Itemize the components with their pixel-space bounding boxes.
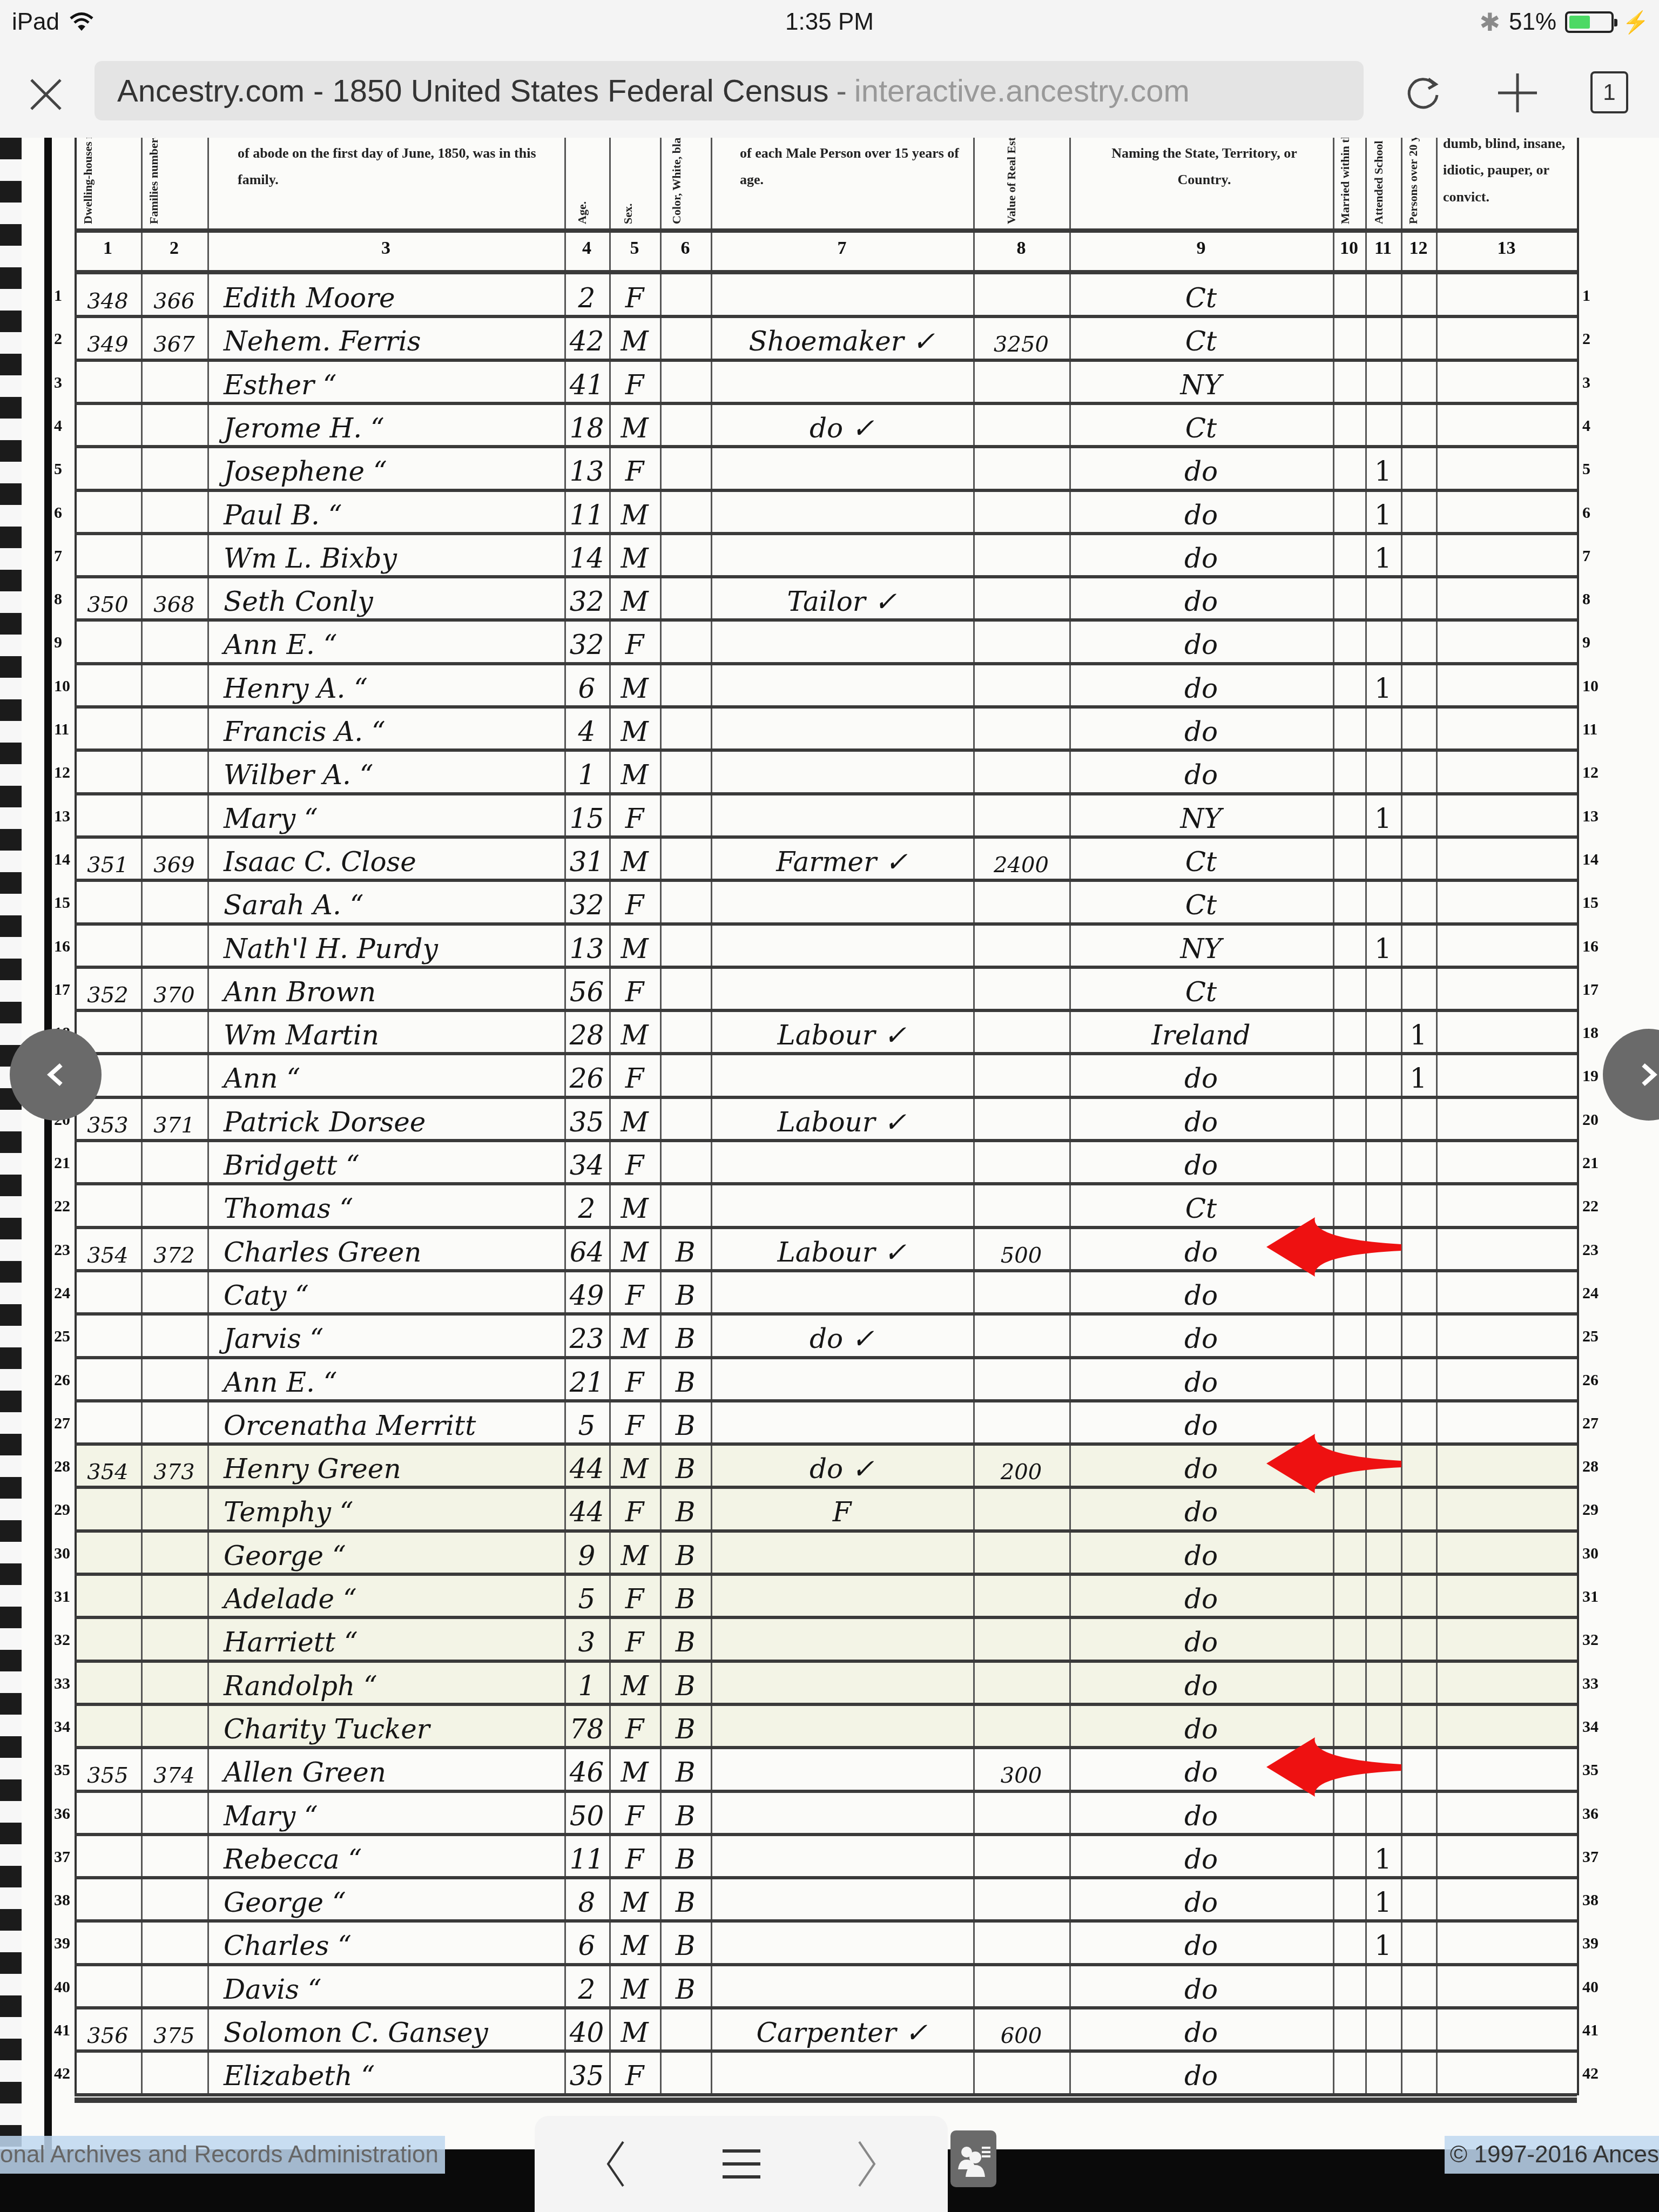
column-number: 7 [711, 238, 973, 259]
cell-occupation: do ✓ [711, 413, 973, 444]
line-number-right: 17 [1582, 981, 1599, 999]
red-arrow-annotation [1266, 1434, 1401, 1493]
cell-name: Nath'l H. Purdy [224, 933, 564, 965]
cell-age: 11 [564, 500, 609, 531]
chevron-left-icon [39, 1058, 72, 1091]
cell-age: 14 [564, 543, 609, 574]
cell-name: Temphy “ [224, 1496, 564, 1528]
cell-sex: F [609, 1410, 660, 1441]
cell-birthplace: do [1069, 1150, 1333, 1181]
cell-school: 1 [1365, 1844, 1401, 1875]
chevron-right-icon [1633, 1058, 1659, 1091]
cell-dwelling: 348 [75, 289, 141, 314]
line-number-right: 40 [1582, 1978, 1599, 1997]
line-number-right: 41 [1582, 2021, 1599, 2040]
cell-school: 1 [1365, 1887, 1401, 1918]
line-number-left: 36 [54, 1805, 70, 1823]
cell-age: 35 [564, 1107, 609, 1138]
menu-button[interactable] [720, 2137, 763, 2191]
header-col1: Dwelling-houses numbered in the order of… [81, 138, 135, 224]
cell-birthplace: do [1069, 1800, 1333, 1832]
cell-name: Randolph “ [224, 1670, 564, 1702]
cell-sex: F [609, 1714, 660, 1745]
cell-name: Adelade “ [224, 1583, 564, 1615]
line-number-right: 3 [1582, 374, 1590, 392]
page-title: Ancestry.com - 1850 United States Federa… [117, 73, 828, 109]
line-number-right: 4 [1582, 417, 1590, 435]
column-number: 3 [207, 238, 564, 259]
cell-value: 3250 [973, 332, 1069, 357]
cell-occupation: Farmer ✓ [711, 846, 973, 878]
cell-age: 5 [564, 1410, 609, 1441]
cell-school: 1 [1365, 673, 1401, 704]
title-separator: - [828, 73, 854, 109]
line-number-left: 2 [54, 330, 62, 348]
row-rule [75, 2098, 1577, 2103]
line-number-right: 24 [1582, 1284, 1599, 1303]
cell-birthplace: do [1069, 1670, 1333, 1702]
next-record-button[interactable] [845, 2137, 888, 2191]
census-row[interactable]: 1515Sarah A. “32FCt [0, 881, 1659, 924]
census-row[interactable]: 2323354372Charles Green64MBLabour ✓500do [0, 1228, 1659, 1271]
cell-birthplace: do [1069, 1583, 1333, 1615]
cell-color: B [660, 1367, 711, 1398]
header-col4: Age. [575, 170, 597, 224]
cell-birthplace: do [1069, 716, 1333, 747]
cell-dwelling: 350 [75, 592, 141, 617]
cell-sex: F [609, 2060, 660, 2092]
line-number-right: 38 [1582, 1891, 1599, 1910]
cell-name: Ann E. “ [224, 1367, 564, 1398]
column-number: 9 [1069, 238, 1333, 259]
address-bar[interactable]: Ancestry.com - 1850 United States Federa… [95, 61, 1364, 120]
red-arrow-annotation [1266, 1737, 1401, 1797]
cell-age: 5 [564, 1583, 609, 1615]
census-row[interactable]: 3232Harriett “3FBdo [0, 1618, 1659, 1661]
cell-family: 369 [141, 853, 207, 878]
cell-birthplace: NY [1069, 369, 1333, 401]
cell-value: 200 [973, 1460, 1069, 1485]
header-col3: of abode on the first day of June, 1850,… [238, 140, 551, 193]
tabs-button[interactable]: 1 [1590, 71, 1628, 113]
cell-birthplace: do [1069, 1280, 1333, 1311]
cell-dwelling: 355 [75, 1763, 141, 1788]
header-col7: of each Male Person over 15 years of age… [740, 140, 967, 193]
cell-age: 35 [564, 2060, 609, 2092]
line-number-left: 9 [54, 633, 62, 652]
cell-age: 42 [564, 326, 609, 357]
cell-birthplace: Ct [1069, 889, 1333, 921]
census-row[interactable]: 77Wm L. Bixby14Mdo1 [0, 534, 1659, 577]
cell-age: 49 [564, 1280, 609, 1311]
cell-name: Rebecca “ [224, 1844, 564, 1875]
census-row[interactable]: 3131Adelade “5FBdo [0, 1575, 1659, 1618]
cell-sex: M [609, 2017, 660, 2048]
line-number-right: 23 [1582, 1241, 1599, 1259]
census-row[interactable]: 44Jerome H. “18Mdo ✓Ct [0, 404, 1659, 447]
cell-sex: M [609, 1323, 660, 1354]
cell-age: 40 [564, 2017, 609, 2048]
census-row[interactable]: 99Ann E. “32Fdo [0, 621, 1659, 664]
cell-color: B [660, 1540, 711, 1572]
cell-birthplace: Ct [1069, 846, 1333, 878]
cell-col12: 1 [1401, 1020, 1436, 1051]
previous-image-button[interactable] [10, 1029, 102, 1121]
cell-name: Henry A. “ [224, 673, 564, 704]
cell-name: Isaac C. Close [224, 846, 564, 878]
cell-col12: 1 [1401, 1063, 1436, 1094]
cell-name: Allen Green [224, 1757, 564, 1788]
column-number: 1 [75, 238, 141, 259]
cell-name: Elizabeth “ [224, 2060, 564, 2092]
cell-age: 1 [564, 1670, 609, 1702]
census-row[interactable]: 1818Wm Martin28MLabour ✓Ireland1 [0, 1011, 1659, 1054]
cell-color: B [660, 1237, 711, 1268]
line-number-right: 32 [1582, 1631, 1599, 1649]
nara-credit: onal Archives and Records Administration [0, 2136, 445, 2174]
cell-name: Nehem. Ferris [224, 326, 564, 357]
line-number-left: 5 [54, 460, 62, 478]
cell-age: 18 [564, 413, 609, 444]
page-domain: interactive.ancestry.com [854, 73, 1190, 109]
cell-name: Seth Conly [224, 586, 564, 617]
cell-birthplace: do [1069, 1323, 1333, 1354]
cell-birthplace: do [1069, 629, 1333, 660]
cell-sex: F [609, 1367, 660, 1398]
cell-birthplace: Ct [1069, 326, 1333, 357]
cell-name: Orcenatha Merritt [224, 1410, 564, 1441]
census-row[interactable]: 1919Ann “26Fdo1 [0, 1054, 1659, 1097]
line-number-left: 4 [54, 417, 62, 435]
cell-birthplace: Ct [1069, 976, 1333, 1008]
cell-name: Thomas “ [224, 1193, 564, 1224]
census-row[interactable]: 88350368Seth Conly32MTailor ✓do [0, 577, 1659, 621]
census-row[interactable]: 11348366Edith Moore2FCt [0, 274, 1659, 317]
cell-age: 31 [564, 846, 609, 878]
cell-color: B [660, 1496, 711, 1528]
line-number-left: 7 [54, 547, 62, 565]
line-number-right: 19 [1582, 1067, 1599, 1085]
line-number-right: 28 [1582, 1458, 1599, 1476]
cell-age: 8 [564, 1887, 609, 1918]
cell-name: Bridgett “ [224, 1150, 564, 1181]
header-col13: dumb, blind, insane, idiotic, pauper, or… [1443, 138, 1573, 210]
cell-color: B [660, 1453, 711, 1485]
census-row[interactable]: 2626Ann E. “21FBdo [0, 1358, 1659, 1401]
census-row[interactable]: 2222Thomas “2MCt [0, 1184, 1659, 1228]
cell-birthplace: do [1069, 1974, 1333, 2005]
line-number-right: 9 [1582, 633, 1590, 652]
census-row[interactable]: 3535355374Allen Green46MB300do [0, 1748, 1659, 1791]
line-number-right: 14 [1582, 851, 1599, 869]
line-number-left: 15 [54, 894, 70, 912]
cell-age: 32 [564, 586, 609, 617]
line-number-left: 6 [54, 504, 62, 522]
line-number-right: 18 [1582, 1024, 1599, 1042]
census-row[interactable]: 3030George “9MBdo [0, 1532, 1659, 1575]
header-col11: Attended School within the year. [1372, 138, 1395, 224]
cell-age: 2 [564, 1193, 609, 1224]
line-number-right: 35 [1582, 1761, 1599, 1779]
header-col6: Color, White, black, or mulatto. [670, 138, 702, 224]
cell-age: 46 [564, 1757, 609, 1788]
header-col10: Married within the year. [1338, 138, 1360, 224]
people-list-button[interactable] [950, 2130, 996, 2187]
cell-name: George “ [224, 1887, 564, 1918]
census-row[interactable]: 1111Francis A. “4Mdo [0, 707, 1659, 751]
cell-birthplace: do [1069, 456, 1333, 487]
cell-birthplace: do [1069, 500, 1333, 531]
cell-dwelling: 354 [75, 1460, 141, 1485]
cell-sex: M [609, 1237, 660, 1268]
line-number-left: 26 [54, 1371, 70, 1390]
chevron-left-icon [605, 2140, 626, 2188]
cell-sex: M [609, 326, 660, 357]
census-row[interactable]: 22349367Nehem. Ferris42MShoemaker ✓3250C… [0, 317, 1659, 360]
cell-sex: F [609, 803, 660, 834]
cell-birthplace: do [1069, 1627, 1333, 1658]
cell-age: 6 [564, 1930, 609, 1961]
cell-sex: F [609, 1496, 660, 1528]
cell-sex: M [609, 586, 660, 617]
line-number-left: 24 [54, 1284, 70, 1303]
line-number-left: 40 [54, 1978, 70, 1997]
viewer-toolbar [535, 2116, 948, 2212]
column-number: 12 [1401, 238, 1436, 259]
cell-age: 11 [564, 1844, 609, 1875]
census-row[interactable]: 2727Orcenatha Merritt5FBdo [0, 1401, 1659, 1445]
chevron-right-icon [856, 2140, 878, 2188]
cell-sex: M [609, 1887, 660, 1918]
cell-dwelling: 356 [75, 2024, 141, 2048]
cell-value: 300 [973, 1763, 1069, 1788]
cell-occupation: do ✓ [711, 1453, 973, 1485]
cell-school: 1 [1365, 803, 1401, 834]
cell-sex: M [609, 673, 660, 704]
cell-sex: F [609, 1583, 660, 1615]
census-row[interactable]: 66Paul B. “11Mdo1 [0, 491, 1659, 534]
cell-birthplace: do [1069, 2017, 1333, 2048]
line-number-left: 1 [54, 287, 62, 305]
red-arrow-annotation [1266, 1217, 1401, 1277]
status-bar: iPad 1:35 PM ✱ 51% ⚡ [0, 0, 1659, 49]
cell-sex: M [609, 1670, 660, 1702]
column-number: 11 [1365, 238, 1401, 259]
census-row[interactable]: 1010Henry A. “6Mdo1 [0, 664, 1659, 707]
cell-name: Henry Green [224, 1453, 564, 1485]
line-number-left: 25 [54, 1327, 70, 1346]
census-row[interactable]: 3737Rebecca “11FBdo1 [0, 1835, 1659, 1878]
cell-age: 28 [564, 1020, 609, 1051]
census-row[interactable]: 4242Elizabeth “35Fdo [0, 2052, 1659, 2095]
cell-color: B [660, 1844, 711, 1875]
reload-icon[interactable] [1401, 71, 1445, 114]
cell-name: Ann Brown [224, 976, 564, 1008]
cell-birthplace: do [1069, 1063, 1333, 1094]
census-row[interactable]: 1212Wilber A. “1Mdo [0, 751, 1659, 794]
line-number-left: 23 [54, 1241, 70, 1259]
line-number-left: 28 [54, 1458, 70, 1476]
cell-color: B [660, 1280, 711, 1311]
census-row[interactable]: 4141356375Solomon C. Gansey40MCarpenter … [0, 2008, 1659, 2052]
census-row[interactable]: 3434Charity Tucker78FBdo [0, 1705, 1659, 1748]
line-number-right: 8 [1582, 590, 1590, 609]
line-number-left: 34 [54, 1718, 70, 1736]
line-number-left: 31 [54, 1588, 70, 1606]
cell-school: 1 [1365, 1930, 1401, 1961]
row-rule [75, 228, 1577, 233]
cell-sex: M [609, 1193, 660, 1224]
header-col2: Families numbered in the order of visita… [147, 138, 201, 224]
census-row[interactable]: 55Josephene “13Fdo1 [0, 447, 1659, 490]
census-row[interactable]: 2020353371Patrick Dorsee35MLabour ✓do [0, 1098, 1659, 1141]
cell-age: 26 [564, 1063, 609, 1094]
column-number: 10 [1333, 238, 1365, 259]
line-number-right: 1 [1582, 287, 1590, 305]
cell-name: Solomon C. Gansey [224, 2017, 564, 2048]
line-number-right: 7 [1582, 547, 1590, 565]
cell-birthplace: do [1069, 2060, 1333, 2092]
line-number-right: 26 [1582, 1371, 1599, 1390]
cell-value: 2400 [973, 853, 1069, 878]
cell-age: 6 [564, 673, 609, 704]
cell-family: 370 [141, 983, 207, 1008]
census-row[interactable]: 33Esther “41FNY [0, 361, 1659, 404]
cell-name: Charles Green [224, 1237, 564, 1268]
cell-name: Josephene “ [224, 456, 564, 487]
cell-name: Esther “ [224, 369, 564, 401]
cell-birthplace: do [1069, 1496, 1333, 1528]
cell-name: Wm L. Bixby [224, 543, 564, 574]
cell-sex: M [609, 1020, 660, 1051]
cell-sex: M [609, 413, 660, 444]
census-row[interactable]: 2525Jarvis “23MBdo ✓do [0, 1314, 1659, 1358]
census-row[interactable]: 3636Mary “50FBdo [0, 1792, 1659, 1835]
cell-sex: F [609, 1280, 660, 1311]
cell-age: 1 [564, 759, 609, 791]
cell-birthplace: do [1069, 1930, 1333, 1961]
close-icon[interactable] [27, 76, 65, 113]
cell-name: Francis A. “ [224, 716, 564, 747]
cell-family: 367 [141, 332, 207, 357]
line-number-left: 29 [54, 1501, 70, 1519]
cell-name: George “ [224, 1540, 564, 1572]
menu-icon [723, 2140, 760, 2188]
cell-age: 32 [564, 629, 609, 660]
cell-family: 368 [141, 592, 207, 617]
new-tab-plus-icon[interactable] [1496, 71, 1539, 114]
census-row[interactable]: 4040Davis “2MBdo [0, 1965, 1659, 2008]
cell-family: 372 [141, 1243, 207, 1268]
column-number: 13 [1436, 238, 1577, 259]
cell-name: Caty “ [224, 1280, 564, 1311]
census-row[interactable]: 2828354373Henry Green44MBdo ✓200do [0, 1445, 1659, 1488]
cell-birthplace: NY [1069, 803, 1333, 834]
cell-age: 44 [564, 1496, 609, 1528]
line-number-right: 6 [1582, 504, 1590, 522]
census-row[interactable]: 3939Charles “6MBdo1 [0, 1921, 1659, 1965]
cell-age: 21 [564, 1367, 609, 1398]
cell-color: B [660, 1670, 711, 1702]
cell-birthplace: do [1069, 1844, 1333, 1875]
line-number-right: 33 [1582, 1675, 1599, 1693]
cell-occupation: Carpenter ✓ [711, 2017, 973, 2048]
line-number-left: 42 [54, 2065, 70, 2083]
line-number-right: 13 [1582, 807, 1599, 826]
cell-sex: F [609, 976, 660, 1008]
cell-color: B [660, 1757, 711, 1788]
cell-age: 56 [564, 976, 609, 1008]
cell-family: 374 [141, 1763, 207, 1788]
cell-sex: F [609, 456, 660, 487]
cell-birthplace: Ct [1069, 282, 1333, 314]
cell-occupation: F [711, 1496, 973, 1528]
cell-school: 1 [1365, 543, 1401, 574]
line-number-left: 32 [54, 1631, 70, 1649]
census-row[interactable]: 3838George “8MBdo1 [0, 1878, 1659, 1921]
line-number-right: 27 [1582, 1414, 1599, 1433]
cell-school: 1 [1365, 933, 1401, 965]
cell-sex: F [609, 1844, 660, 1875]
line-number-right: 39 [1582, 1934, 1599, 1953]
cell-occupation: do ✓ [711, 1323, 973, 1354]
cell-sex: M [609, 933, 660, 965]
cell-age: 50 [564, 1800, 609, 1832]
cell-sex: M [609, 1540, 660, 1572]
line-number-left: 16 [54, 938, 70, 956]
line-number-left: 21 [54, 1154, 70, 1172]
census-row[interactable]: 1616Nath'l H. Purdy13MNY1 [0, 925, 1659, 968]
line-number-right: 37 [1582, 1848, 1599, 1866]
line-number-left: 17 [54, 981, 70, 999]
line-number-left: 11 [54, 720, 69, 739]
cell-age: 2 [564, 1974, 609, 2005]
cell-value: 600 [973, 2024, 1069, 2048]
previous-record-button[interactable] [594, 2137, 637, 2191]
cell-color: B [660, 1714, 711, 1745]
line-number-left: 13 [54, 807, 70, 826]
cell-sex: F [609, 889, 660, 921]
cell-sex: M [609, 1757, 660, 1788]
cell-color: B [660, 1627, 711, 1658]
browser-toolbar: Ancestry.com - 1850 United States Federa… [0, 49, 1659, 138]
line-number-right: 16 [1582, 938, 1599, 956]
census-row[interactable]: 2929Temphy “44FBFdo [0, 1488, 1659, 1531]
cell-dwelling: 353 [75, 1113, 141, 1138]
bluetooth-icon: ✱ [1480, 8, 1501, 37]
cell-color: B [660, 1930, 711, 1961]
line-number-left: 14 [54, 851, 70, 869]
census-row[interactable]: 2424Caty “49FBdo [0, 1271, 1659, 1314]
census-page-image[interactable]: Dwelling-houses numbered in the order of… [0, 138, 1659, 2212]
census-row[interactable]: 1717352370Ann Brown56FCt [0, 968, 1659, 1011]
cell-birthplace: do [1069, 586, 1333, 617]
column-number: 5 [609, 238, 660, 259]
cell-color: B [660, 1323, 711, 1354]
census-row[interactable]: 3333Randolph “1MBdo [0, 1662, 1659, 1705]
cell-birthplace: NY [1069, 933, 1333, 965]
cell-name: Wm Martin [224, 1020, 564, 1051]
line-number-right: 2 [1582, 330, 1590, 348]
census-row[interactable]: 2121Bridgett “34Fdo [0, 1141, 1659, 1184]
cell-school: 1 [1365, 500, 1401, 531]
cell-dwelling: 351 [75, 853, 141, 878]
cell-birthplace: Ct [1069, 413, 1333, 444]
census-row[interactable]: 1313Mary “15FNY1 [0, 794, 1659, 838]
cell-sex: M [609, 1930, 660, 1961]
census-row[interactable]: 1414351369Isaac C. Close31MFarmer ✓2400C… [0, 838, 1659, 881]
cell-sex: M [609, 1974, 660, 2005]
